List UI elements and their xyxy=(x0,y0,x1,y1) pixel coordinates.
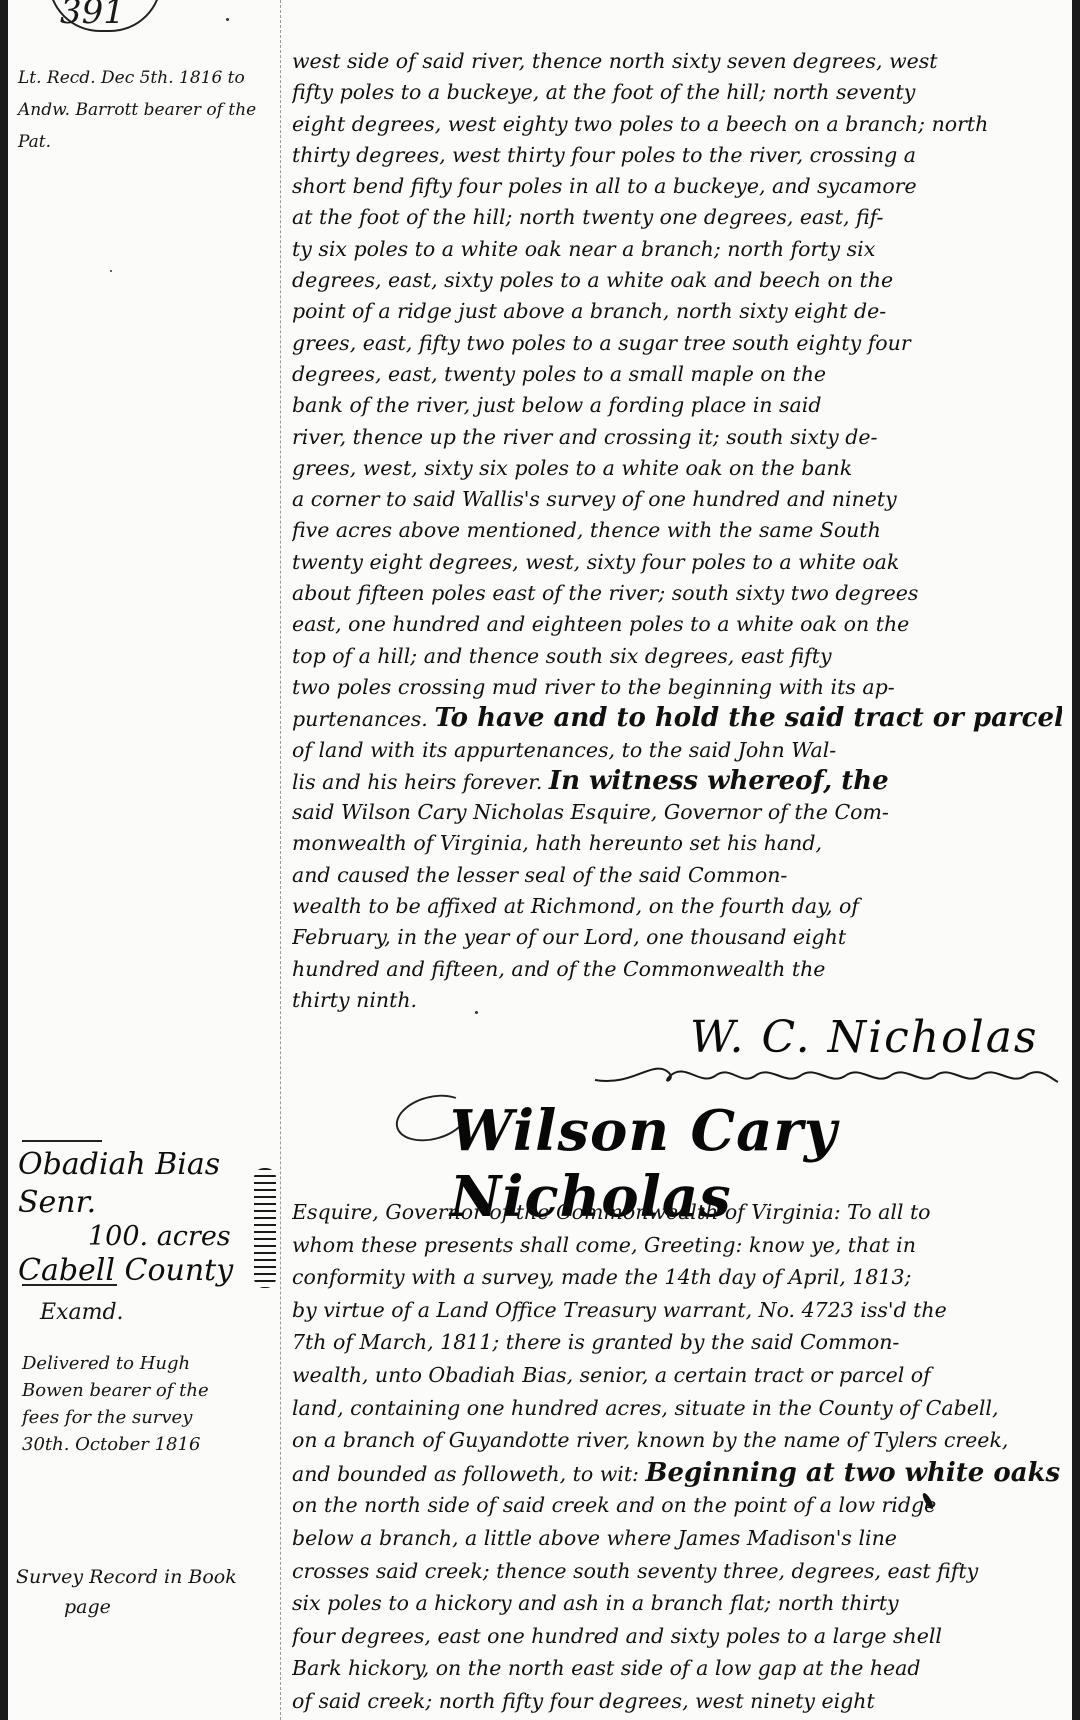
text-line: about fifteen poles east of the river; s… xyxy=(292,578,1062,609)
text-line: on a branch of Guyandotte river, known b… xyxy=(292,1424,1062,1457)
text-line: by virtue of a Land Office Treasury warr… xyxy=(292,1294,1062,1327)
scan-speck xyxy=(110,270,112,272)
text-line: degrees, east, twenty poles to a small m… xyxy=(292,359,1062,390)
delivered-note-line: 30th. October 1816 xyxy=(22,1431,284,1458)
examined-note: Examd. xyxy=(40,1300,124,1325)
text-line: ty six poles to a white oak near a branc… xyxy=(292,234,1062,265)
text-line: below a branch, a little above where Jam… xyxy=(292,1522,1062,1555)
grant-acreage: 100. acres xyxy=(18,1222,288,1252)
text-line: and caused the lesser seal of the said C… xyxy=(292,860,1062,891)
margin-rule xyxy=(280,0,281,1720)
patent-text-continued: west side of said river, thence north si… xyxy=(292,46,1062,1016)
text-line: thirty degrees, west thirty four poles t… xyxy=(292,140,1062,171)
margin-note-line: Lt. Recd. Dec 5th. 1816 to xyxy=(18,62,273,94)
text-line: five acres above mentioned, thence with … xyxy=(292,515,1062,546)
habendum-clause: To have and to hold the said tract or pa… xyxy=(434,703,1062,733)
margin-note-patent-received: Lt. Recd. Dec 5th. 1816 to Andw. Barrott… xyxy=(18,62,273,158)
text-line: at the foot of the hill; north twenty on… xyxy=(292,202,1062,233)
margin-note-line: Andw. Barrott bearer of the xyxy=(18,94,273,126)
survey-record-label: Survey Record in Book xyxy=(16,1566,237,1588)
beginning-clause: Beginning at two white oaks xyxy=(646,1458,1061,1488)
text-line: degrees, east, sixty poles to a white oa… xyxy=(292,265,1062,296)
text-line: on the north side of said creek and on t… xyxy=(292,1489,1062,1522)
text-line: wealth, unto Obadiah Bias, senior, a cer… xyxy=(292,1359,1062,1392)
text-line: Esquire, Governor of the Commonwealth of… xyxy=(292,1196,1062,1229)
scan-speck xyxy=(226,18,229,21)
delivered-note-line: fees for the survey xyxy=(22,1404,284,1431)
text-line: short bend fifty four poles in all to a … xyxy=(292,171,1062,202)
text-line: 7th of March, 1811; there is granted by … xyxy=(292,1326,1062,1359)
text-line: east, one hundred and eighteen poles to … xyxy=(292,609,1062,640)
document-page: 391 Lt. Recd. Dec 5th. 1816 to Andw. Bar… xyxy=(0,0,1080,1720)
text-line: said Wilson Cary Nicholas Esquire, Gover… xyxy=(292,797,1062,828)
text-line: two poles crossing mud river to the begi… xyxy=(292,672,1062,703)
rule xyxy=(22,1140,102,1142)
grantee-block: Obadiah Bias Senr. 100. acres Cabell Cou… xyxy=(18,1146,288,1290)
text-line: a corner to said Wallis's survey of one … xyxy=(292,484,1062,515)
patent-text-new-grant: Esquire, Governor of the Commonwealth of… xyxy=(292,1196,1062,1718)
margin-flourish-icon xyxy=(254,1168,276,1288)
scan-speck xyxy=(475,1011,478,1014)
text-fragment: lis and his heirs forever. xyxy=(292,770,542,794)
survey-record-page: page xyxy=(16,1592,278,1622)
text-line: twenty eight degrees, west, sixty four p… xyxy=(292,547,1062,578)
text-line: of land with its appurtenances, to the s… xyxy=(292,735,1062,766)
text-line-testimonium: lis and his heirs forever. In witness wh… xyxy=(292,766,1062,797)
governor-signature: W. C. Nicholas xyxy=(690,1012,1039,1063)
text-line-habendum: purtenances. To have and to hold the sai… xyxy=(292,703,1062,734)
text-fragment: and bounded as followeth, to wit: xyxy=(292,1462,639,1486)
text-line: wealth to be affixed at Richmond, on the… xyxy=(292,891,1062,922)
text-line: grees, west, sixty six poles to a white … xyxy=(292,453,1062,484)
text-line: February, in the year of our Lord, one t… xyxy=(292,922,1062,953)
text-line: eight degrees, west eighty two poles to … xyxy=(292,109,1062,140)
delivered-note: Delivered to Hugh Bowen bearer of the fe… xyxy=(22,1350,284,1458)
text-fragment: purtenances. xyxy=(292,707,428,731)
text-line: west side of said river, thence north si… xyxy=(292,46,1062,77)
signature-flourish-icon xyxy=(590,1058,1060,1088)
rule xyxy=(22,1284,117,1286)
text-line: Bark hickory, on the north east side of … xyxy=(292,1652,1062,1685)
text-line: of said creek; north fifty four degrees,… xyxy=(292,1685,1062,1718)
text-line: six poles to a hickory and ash in a bran… xyxy=(292,1587,1062,1620)
text-line: crosses said creek; thence south seventy… xyxy=(292,1555,1062,1588)
text-line: land, containing one hundred acres, situ… xyxy=(292,1392,1062,1425)
text-line: fifty poles to a buckeye, at the foot of… xyxy=(292,77,1062,108)
text-line: conformity with a survey, made the 14th … xyxy=(292,1261,1062,1294)
survey-record-note: Survey Record in Book page xyxy=(16,1562,278,1622)
text-line: bank of the river, just below a fording … xyxy=(292,390,1062,421)
text-line-beginning: and bounded as followeth, to wit: Beginn… xyxy=(292,1457,1062,1490)
delivered-note-line: Delivered to Hugh xyxy=(22,1350,284,1377)
text-line: point of a ridge just above a branch, no… xyxy=(292,296,1062,327)
scan-border-right xyxy=(1072,0,1080,1720)
text-line: four degrees, east one hundred and sixty… xyxy=(292,1620,1062,1653)
text-line: grees, east, fifty two poles to a sugar … xyxy=(292,328,1062,359)
scan-border-left xyxy=(0,0,8,1720)
testimonium-clause: In witness whereof, the xyxy=(549,766,889,796)
grantee-name: Obadiah Bias Senr. xyxy=(18,1146,288,1222)
text-line: hundred and fifteen, and of the Commonwe… xyxy=(292,954,1062,985)
text-line: top of a hill; and thence south six degr… xyxy=(292,641,1062,672)
margin-note-line: Pat. xyxy=(18,126,273,158)
delivered-note-line: Bowen bearer of the xyxy=(22,1377,284,1404)
text-line: monwealth of Virginia, hath hereunto set… xyxy=(292,828,1062,859)
text-line: river, thence up the river and crossing … xyxy=(292,422,1062,453)
text-line: whom these presents shall come, Greeting… xyxy=(292,1229,1062,1262)
page-number: 391 xyxy=(60,0,125,32)
